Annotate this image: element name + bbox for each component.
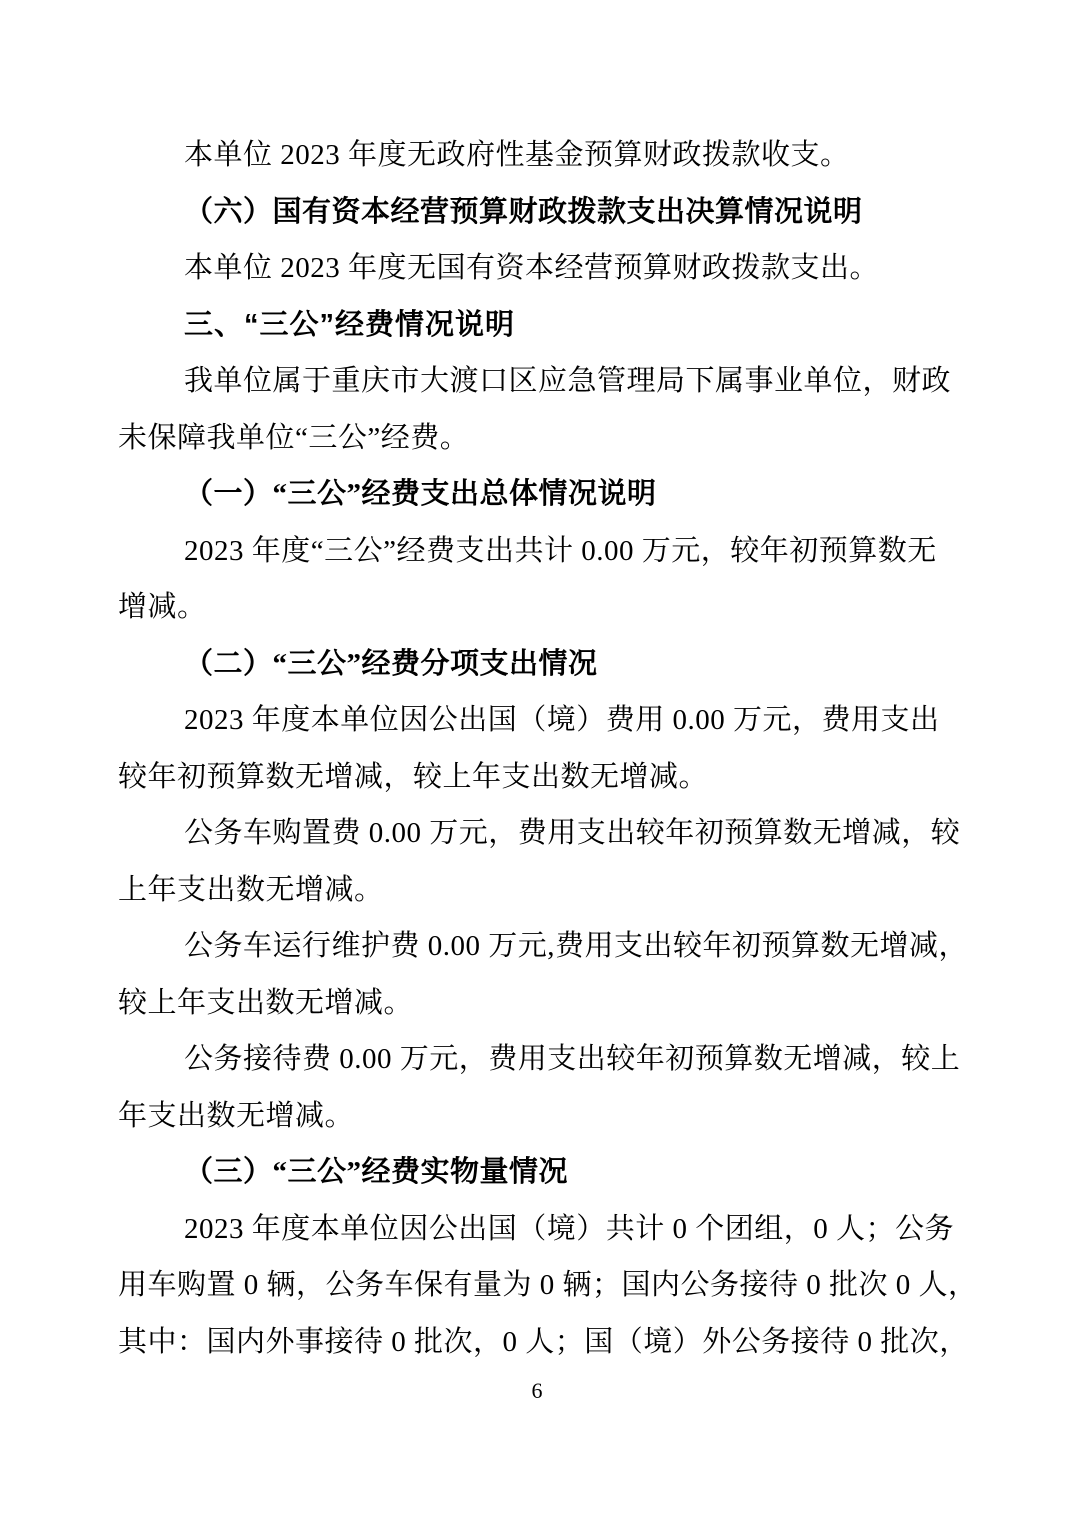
paragraph-line: 增减。 xyxy=(118,579,954,636)
paragraph-line: 上年支出数无增减。 xyxy=(118,862,954,919)
paragraph-line: 其中：国内外事接待 0 批次，0 人；国（境）外公务接待 0 批次， xyxy=(118,1314,954,1371)
paragraph-line: 2023 年度本单位因公出国（境）费用 0.00 万元，费用支出 xyxy=(118,692,954,749)
paragraph-line: 本单位 2023 年度无国有资本经营预算财政拨款支出。 xyxy=(118,240,954,297)
paragraph-line: 公务接待费 0.00 万元，费用支出较年初预算数无增减，较上 xyxy=(118,1031,954,1088)
heading-item-6: （六）国有资本经营预算财政拨款支出决算情况说明 xyxy=(118,184,954,241)
page-number: 6 xyxy=(0,1378,1074,1404)
paragraph-line: 较上年支出数无增减。 xyxy=(118,975,954,1032)
paragraph-line: 用车购置 0 辆，公务车保有量为 0 辆；国内公务接待 0 批次 0 人， xyxy=(118,1257,954,1314)
document-body: 本单位 2023 年度无政府性基金预算财政拨款收支。 （六）国有资本经营预算财政… xyxy=(118,127,954,1370)
paragraph-line: 公务车运行维护费 0.00 万元,费用支出较年初预算数无增减， xyxy=(118,918,954,975)
paragraph-line: 我单位属于重庆市大渡口区应急管理局下属事业单位，财政 xyxy=(118,353,954,410)
heading-item-3: （三）“三公”经费实物量情况 xyxy=(118,1144,954,1201)
paragraph-line: 2023 年度本单位因公出国（境）共计 0 个团组，0 人；公务 xyxy=(118,1201,954,1258)
paragraph-line: 未保障我单位“三公”经费。 xyxy=(118,410,954,467)
paragraph-line: 2023 年度“三公”经费支出共计 0.00 万元，较年初预算数无 xyxy=(118,523,954,580)
paragraph-line: 年支出数无增减。 xyxy=(118,1088,954,1145)
heading-section-3: 三、“三公”经费情况说明 xyxy=(118,297,954,354)
document-page: 本单位 2023 年度无政府性基金预算财政拨款收支。 （六）国有资本经营预算财政… xyxy=(0,0,1074,1520)
paragraph-line: 本单位 2023 年度无政府性基金预算财政拨款收支。 xyxy=(118,127,954,184)
heading-item-1: （一）“三公”经费支出总体情况说明 xyxy=(118,466,954,523)
heading-item-2: （二）“三公”经费分项支出情况 xyxy=(118,636,954,693)
paragraph-line: 公务车购置费 0.00 万元，费用支出较年初预算数无增减，较 xyxy=(118,805,954,862)
paragraph-line: 较年初预算数无增减，较上年支出数无增减。 xyxy=(118,749,954,806)
